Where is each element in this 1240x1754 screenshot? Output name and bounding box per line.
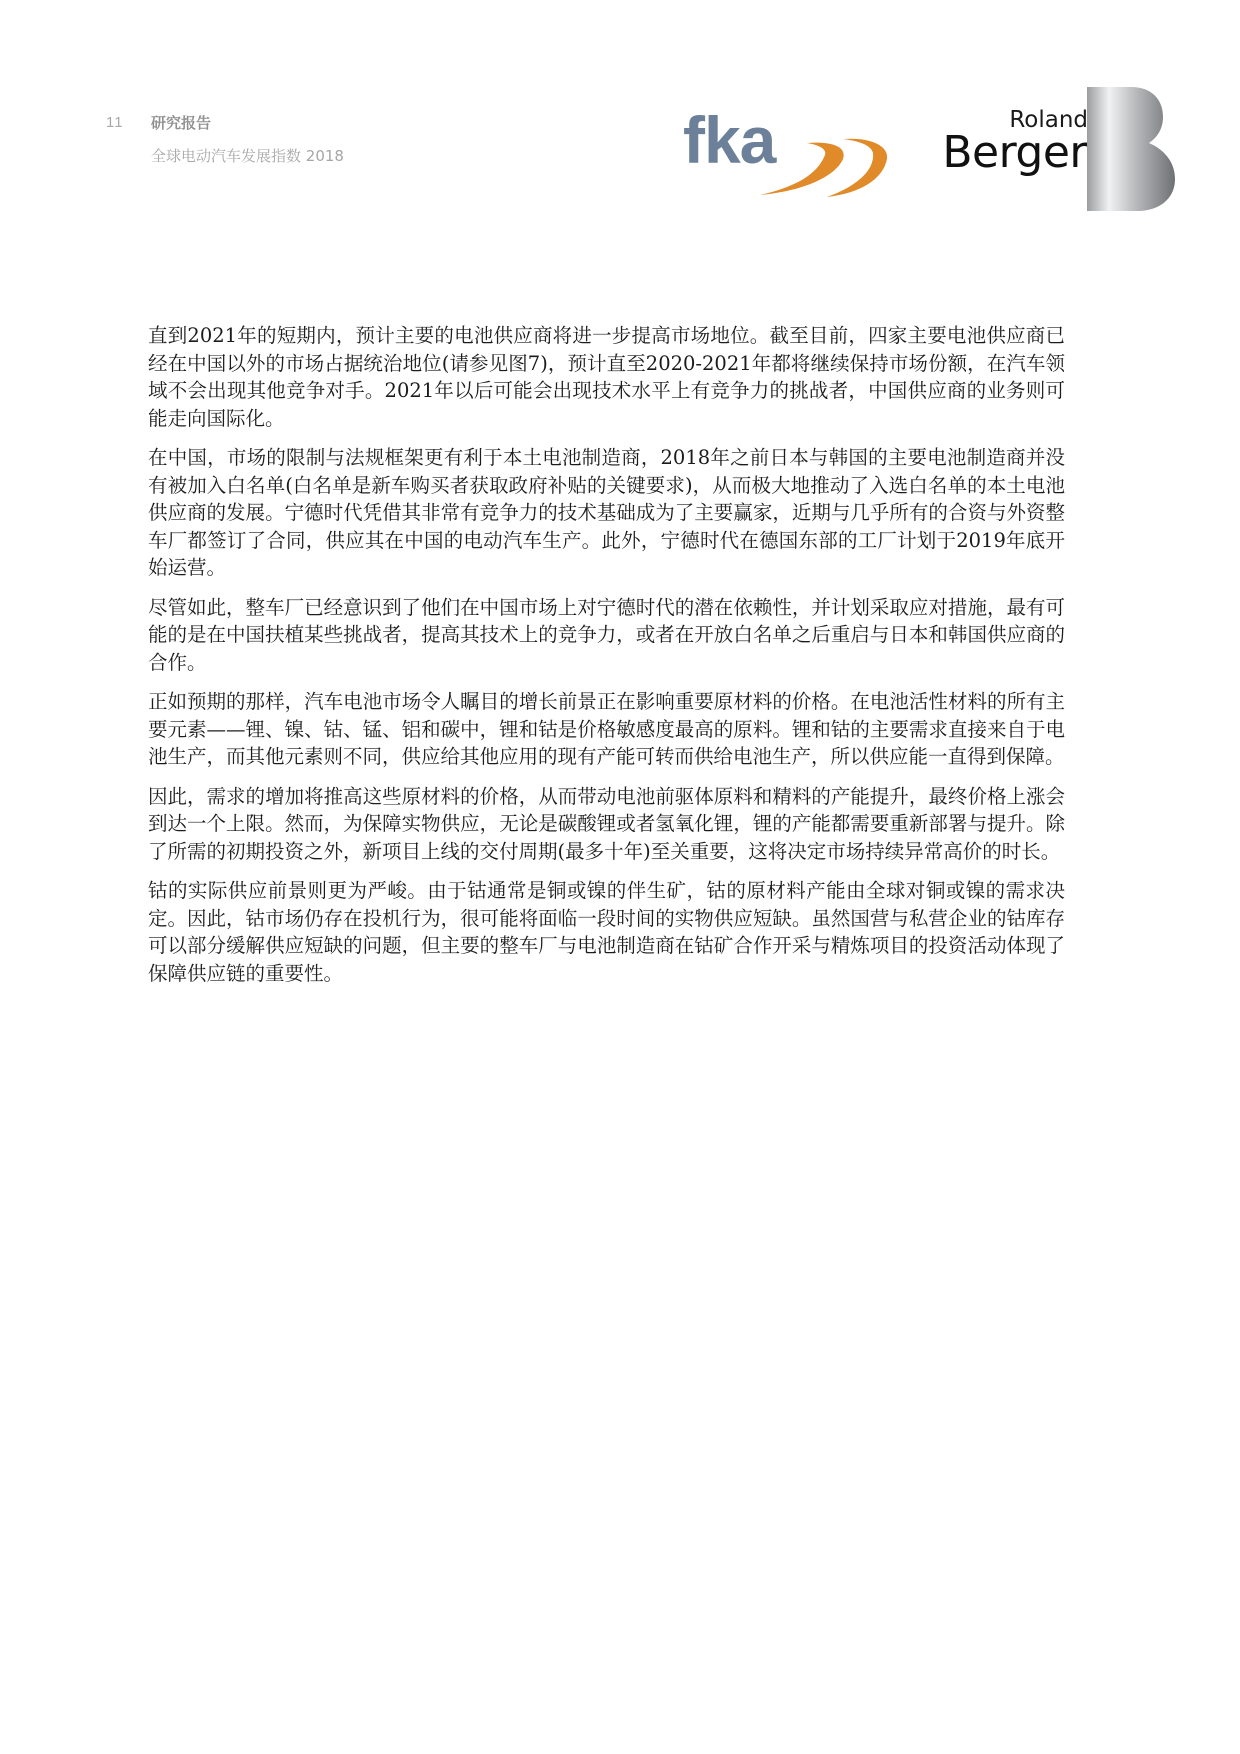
fka-logo: fka	[680, 105, 890, 200]
paragraph-cobalt-supply: 钴的实际供应前景则更为严峻。由于钴通常是铜或镍的伴生矿，钴的原材料产能由全球对铜…	[148, 877, 1065, 987]
page-header: 11 研究报告 全球电动汽车发展指数 2018 fka Roland Berge…	[0, 0, 1240, 240]
paragraph-battery-suppliers-outlook: 直到2021年的短期内，预计主要的电池供应商将进一步提高市场地位。截至目前，四家…	[148, 322, 1065, 432]
report-title: 全球电动汽车发展指数 2018	[151, 145, 344, 166]
roland-berger-logo-line2: Berger	[942, 129, 1087, 177]
paragraph-raw-material-prices: 正如预期的那样，汽车电池市场令人瞩目的增长前景正在影响重要原材料的价格。在电池活…	[148, 688, 1065, 771]
paragraph-lithium-capacity: 因此，需求的增加将推高这些原材料的价格，从而带动电池前驱体原料和精料的产能提升，…	[148, 783, 1065, 866]
paragraph-china-whitelist: 在中国，市场的限制与法规框架更有利于本土电池制造商，2018年之前日本与韩国的主…	[148, 444, 1065, 582]
paragraph-oem-dependency: 尽管如此，整车厂已经意识到了他们在中国市场上对宁德时代的潜在依赖性，并计划采取应…	[148, 594, 1065, 677]
fka-swoosh-icon	[755, 135, 890, 197]
roland-berger-logo: Roland Berger	[915, 85, 1175, 215]
body-text: 直到2021年的短期内，预计主要的电池供应商将进一步提高市场地位。截至目前，四家…	[148, 322, 1065, 999]
roland-berger-b-mark-icon	[1087, 87, 1175, 211]
page-number: 11	[106, 114, 124, 131]
report-type-label: 研究报告	[151, 112, 211, 133]
